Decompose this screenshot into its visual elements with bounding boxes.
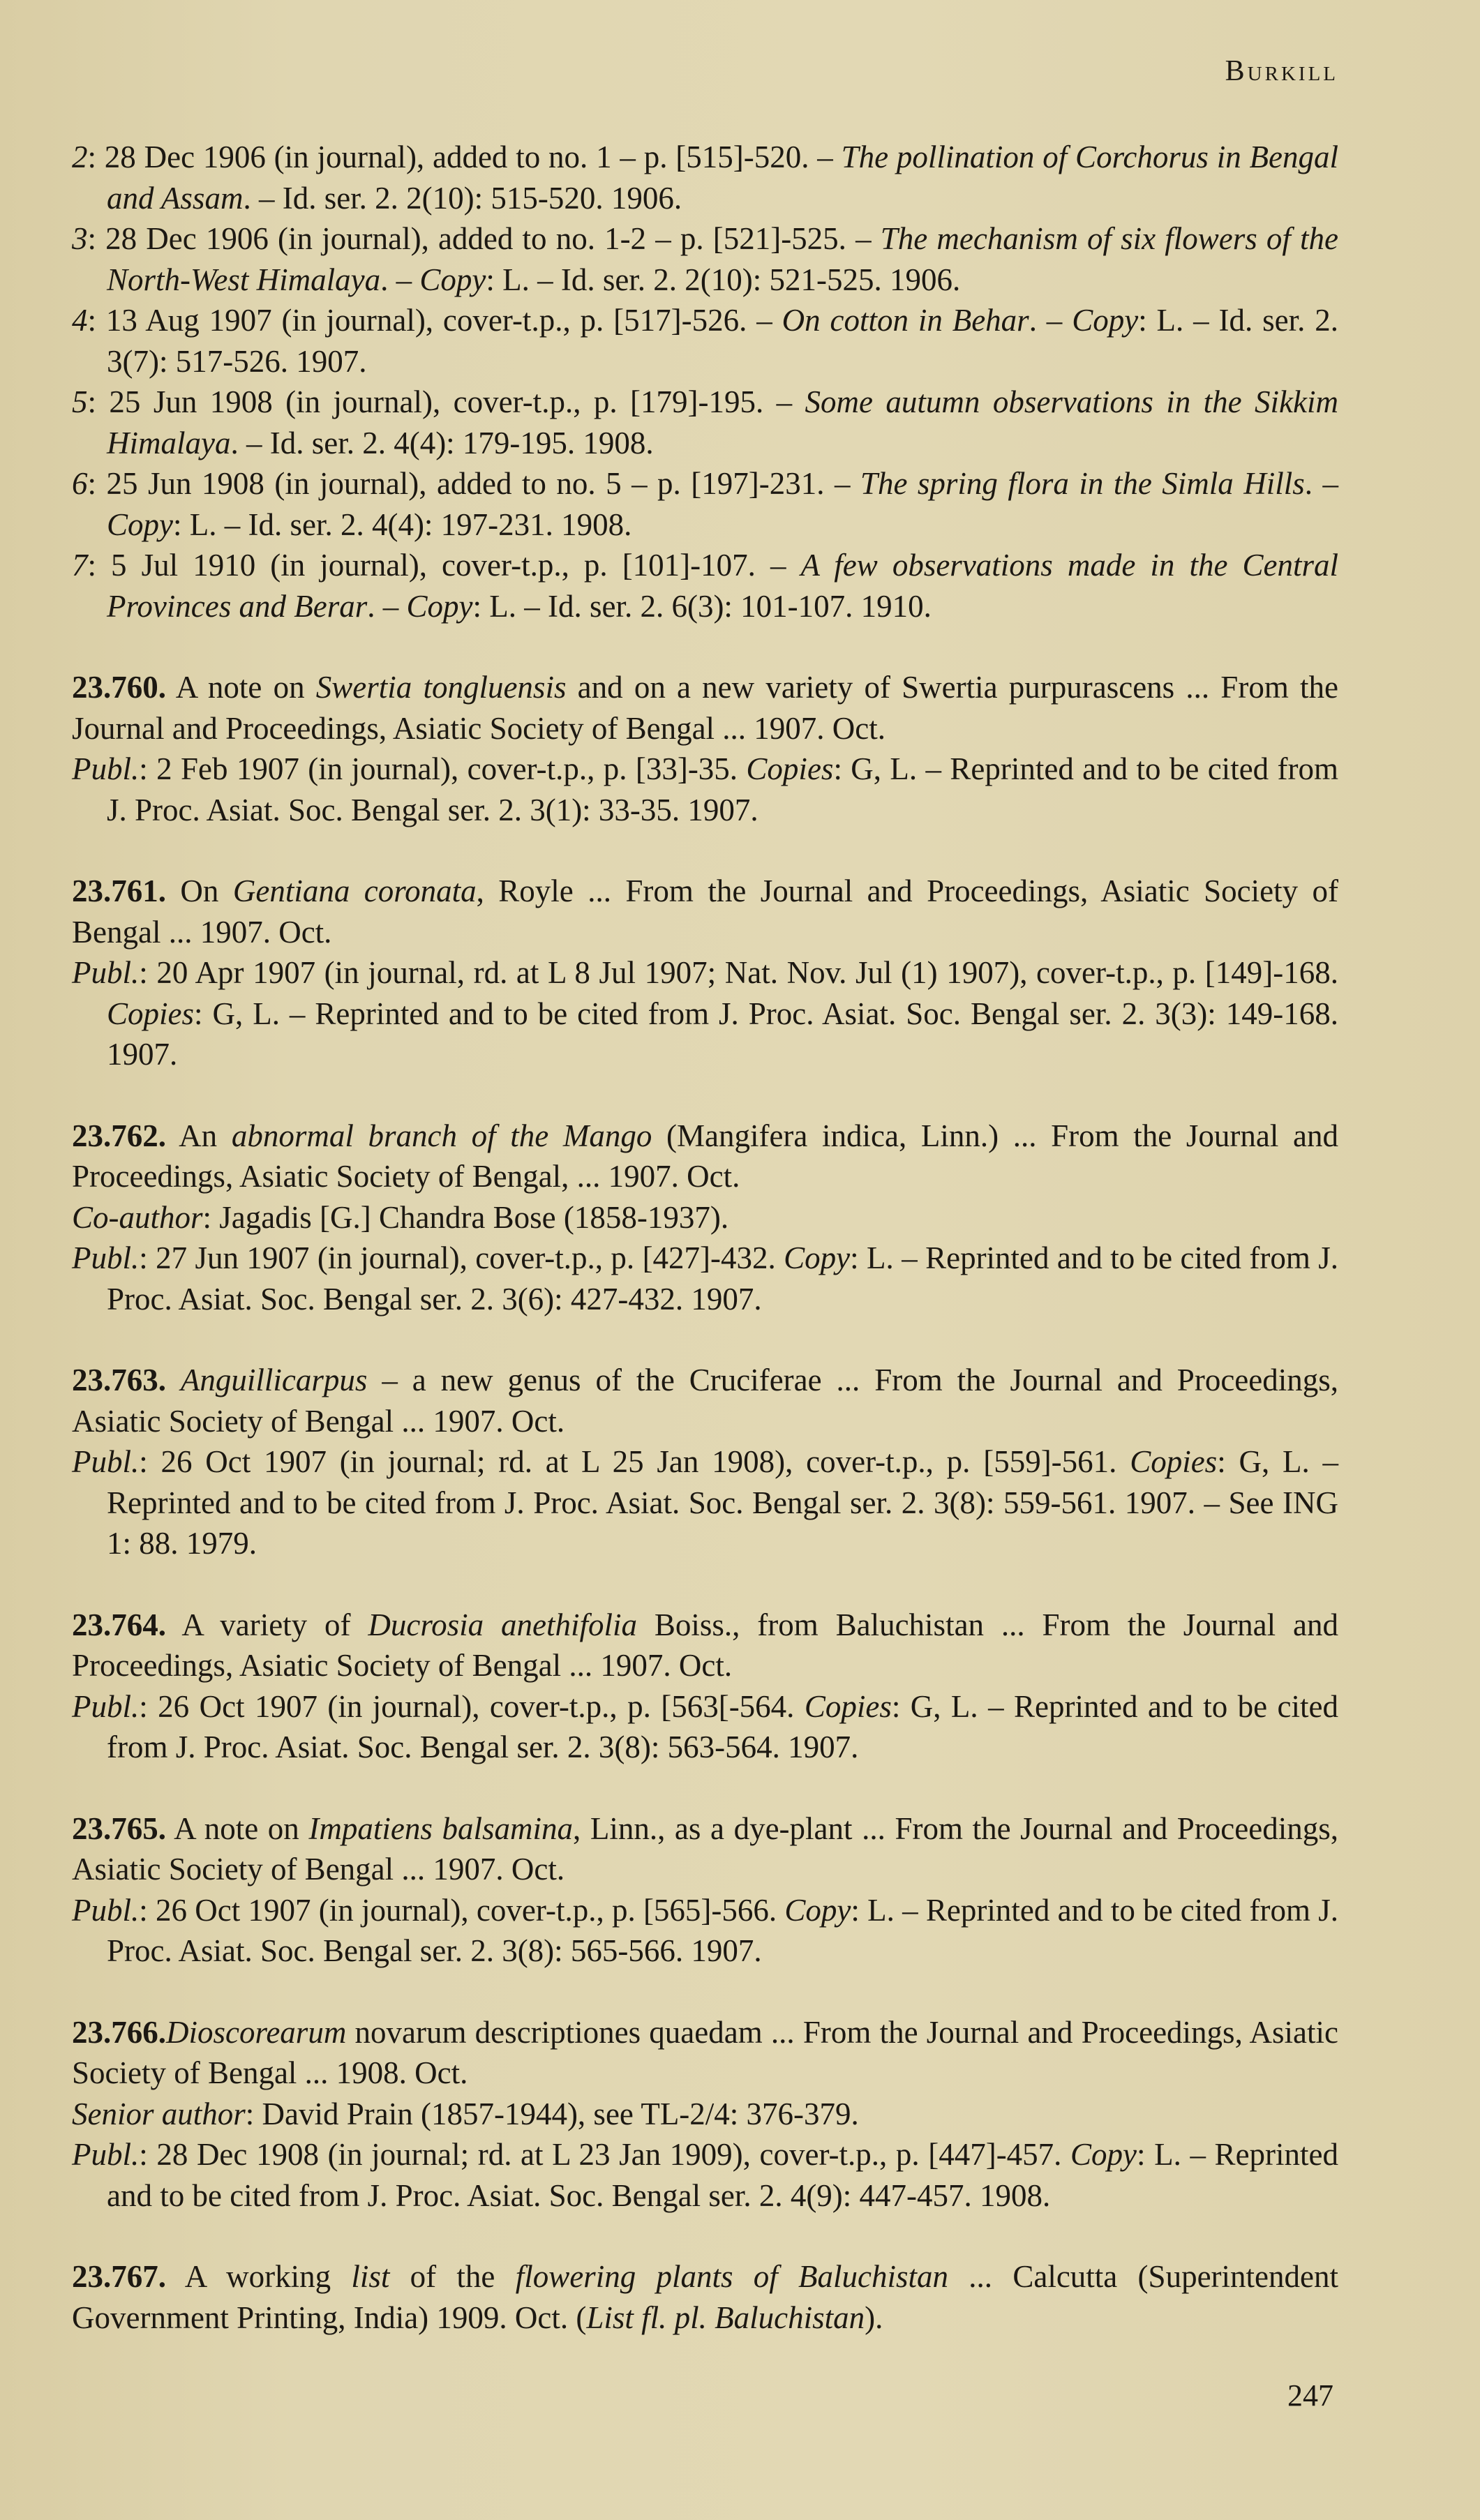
bibliography-entry: 23.764. A variety of Ducrosia anethifoli… [72, 1605, 1338, 1768]
entry-title: 23.765. A note on Impatiens balsamina, L… [72, 1808, 1338, 1890]
entry-title: 23.767. A working list of the flowering … [72, 2256, 1338, 2338]
bibliography-entry: 23.760. A note on Swertia tongluensis an… [72, 667, 1338, 830]
entry-number: 23.763. [72, 1363, 166, 1397]
entry-publication: Publ.: 20 Apr 1907 (in journal, rd. at L… [72, 952, 1338, 1075]
issue-item: 5: 25 Jun 1908 (in journal), cover-t.p.,… [72, 382, 1338, 463]
entry-title: 23.764. A variety of Ducrosia anethifoli… [72, 1605, 1338, 1686]
bibliography-entry: 23.761. On Gentiana coronata, Royle ... … [72, 871, 1338, 1075]
issue-item: 7: 5 Jul 1910 (in journal), cover-t.p., … [72, 545, 1338, 627]
bibliography-entry: 23.766.Dioscorearum novarum descriptione… [72, 2012, 1338, 2217]
bibliography-entry: 23.767. A working list of the flowering … [72, 2256, 1338, 2338]
entry-number: 23.764. [72, 1607, 166, 1642]
entry-publication: Publ.: 28 Dec 1908 (in journal; rd. at L… [72, 2134, 1338, 2216]
bibliography-entry: 23.765. A note on Impatiens balsamina, L… [72, 1808, 1338, 1972]
entry-number: 23.765. [72, 1811, 166, 1846]
entry-number: 23.766. [72, 2015, 166, 2050]
entry-title: 23.761. On Gentiana coronata, Royle ... … [72, 871, 1338, 952]
entry-title: 23.766.Dioscorearum novarum descriptione… [72, 2012, 1338, 2094]
bibliography-entry: 23.762. An abnormal branch of the Mango … [72, 1116, 1338, 1320]
entry-number: 23.762. [72, 1118, 166, 1153]
entry-senior-author: Senior author: David Prain (1857-1944), … [72, 2094, 1338, 2135]
entry-number: 23.761. [72, 873, 166, 908]
issue-item: 2: 28 Dec 1906 (in journal), added to no… [72, 137, 1338, 218]
entry-publication: Publ.: 26 Oct 1907 (in journal), cover-t… [72, 1890, 1338, 1972]
running-head: Burkill [1225, 54, 1338, 88]
entry-number: 23.760. [72, 670, 166, 705]
issue-item: 3: 28 Dec 1906 (in journal), added to no… [72, 218, 1338, 300]
entry-title: 23.762. An abnormal branch of the Mango … [72, 1116, 1338, 1197]
issue-item: 6: 25 Jun 1908 (in journal), added to no… [72, 463, 1338, 545]
entry-publication: Publ.: 26 Oct 1907 (in journal; rd. at L… [72, 1441, 1338, 1564]
page-number: 247 [1287, 2378, 1333, 2413]
entry-publication: Publ.: 2 Feb 1907 (in journal), cover-t.… [72, 749, 1338, 830]
entry-coauthor: Co-author: Jagadis [G.] Chandra Bose (18… [72, 1197, 1338, 1238]
page-content: 2: 28 Dec 1906 (in journal), added to no… [72, 137, 1338, 2338]
bibliography-entry: 23.763. Anguillicarpus – a new genus of … [72, 1360, 1338, 1564]
entry-title: 23.763. Anguillicarpus – a new genus of … [72, 1360, 1338, 1441]
entry-title: 23.760. A note on Swertia tongluensis an… [72, 667, 1338, 749]
entry-number: 23.767. [72, 2259, 166, 2294]
entry-publication: Publ.: 27 Jun 1907 (in journal), cover-t… [72, 1238, 1338, 1319]
entry-publication: Publ.: 26 Oct 1907 (in journal), cover-t… [72, 1686, 1338, 1768]
issue-item: 4: 13 Aug 1907 (in journal), cover-t.p.,… [72, 300, 1338, 382]
